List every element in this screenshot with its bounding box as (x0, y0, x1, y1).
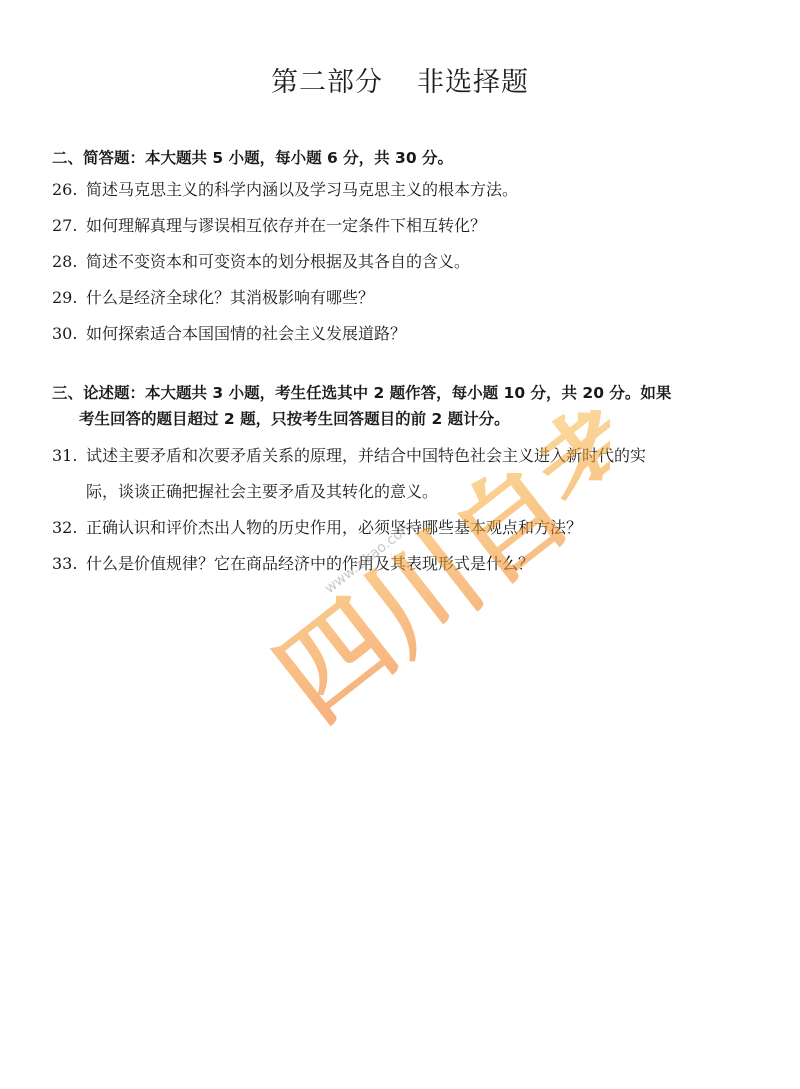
question-32: 32.正确认识和评价杰出人物的历史作用，必须坚持哪些基本观点和方法？ (52, 510, 582, 546)
title-type: 非选择题 (417, 67, 529, 98)
section2-heading: 二、简答题：本大题共 5 小题，每小题 6 分，共 30 分。 (52, 145, 453, 171)
question-30: 30.如何探索适合本国国情的社会主义发展道路？ (52, 316, 406, 352)
question-28: 28.简述不变资本和可变资本的划分根据及其各自的含义。 (52, 244, 470, 280)
question-31: 31.试述主要矛盾和次要矛盾关系的原理，并结合中国特色社会主义进入新时代的实际，… (52, 438, 646, 510)
page-title: 第二部分非选择题 (0, 60, 800, 99)
section3-heading: 三、论述题：本大题共 3 小题，考生任选其中 2 题作答，每小题 10 分，共 … (52, 380, 671, 432)
question-29: 29.什么是经济全球化？其消极影响有哪些？ (52, 280, 374, 316)
title-part: 第二部分 (271, 67, 383, 98)
question-27: 27.如何理解真理与谬误相互依存并在一定条件下相互转化？ (52, 208, 486, 244)
question-33: 33.什么是价值规律？它在商品经济中的作用及其表现形式是什么？ (52, 546, 534, 582)
question-26: 26.简述马克思主义的科学内涵以及学习马克思主义的根本方法。 (52, 172, 518, 208)
